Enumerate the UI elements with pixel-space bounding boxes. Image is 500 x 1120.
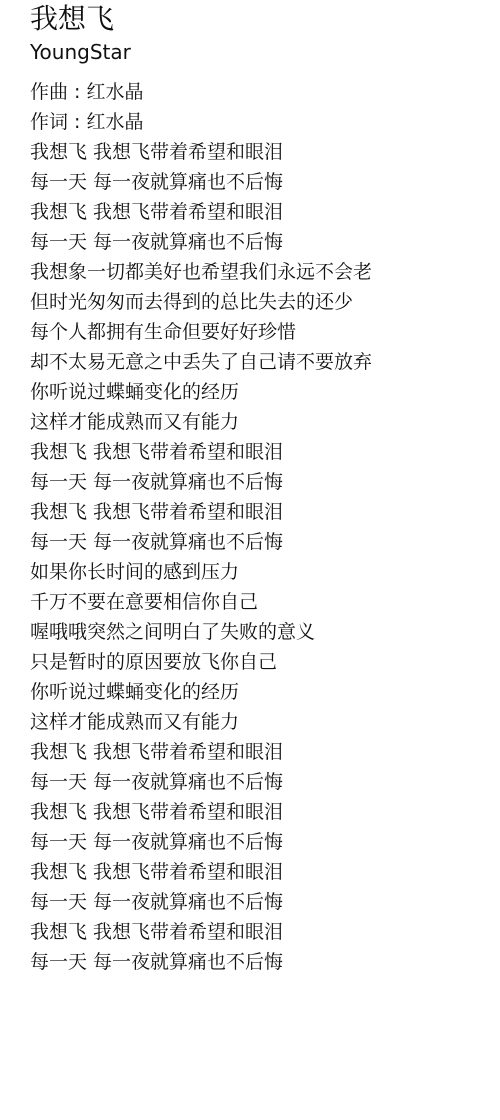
lyric-line: 但时光匆匆而去得到的总比失去的还少: [30, 287, 500, 317]
lyric-line: 每个人都拥有生命但要好好珍惜: [30, 317, 500, 347]
artist-name: YoungStar: [30, 37, 500, 67]
lyric-line: 每一天 每一夜就算痛也不后悔: [30, 947, 500, 977]
lyric-line: 我想飞 我想飞带着希望和眼泪: [30, 197, 500, 227]
lyric-line: 我想飞 我想飞带着希望和眼泪: [30, 857, 500, 887]
lyric-line: 每一天 每一夜就算痛也不后悔: [30, 827, 500, 857]
lyric-line: 这样才能成熟而又有能力: [30, 407, 500, 437]
lyrics-list: 作曲 : 红水晶作词 : 红水晶我想飞 我想飞带着希望和眼泪每一天 每一夜就算痛…: [30, 77, 500, 977]
lyric-line: 你听说过蝶蛹变化的经历: [30, 377, 500, 407]
lyric-line: 只是暂时的原因要放飞你自己: [30, 647, 500, 677]
lyric-line: 我想飞 我想飞带着希望和眼泪: [30, 437, 500, 467]
song-title: 我想飞: [30, 0, 500, 37]
lyric-line: 我想飞 我想飞带着希望和眼泪: [30, 497, 500, 527]
lyric-line: 作词 : 红水晶: [30, 107, 500, 137]
lyric-line: 每一天 每一夜就算痛也不后悔: [30, 167, 500, 197]
lyric-line: 我想飞 我想飞带着希望和眼泪: [30, 137, 500, 167]
lyric-line: 每一天 每一夜就算痛也不后悔: [30, 527, 500, 557]
lyrics-page: 我想飞 YoungStar 作曲 : 红水晶作词 : 红水晶我想飞 我想飞带着希…: [0, 0, 500, 977]
lyric-line: 每一天 每一夜就算痛也不后悔: [30, 227, 500, 257]
lyric-line: 如果你长时间的感到压力: [30, 557, 500, 587]
lyric-line: 我想飞 我想飞带着希望和眼泪: [30, 737, 500, 767]
lyric-line: 我想象一切都美好也希望我们永远不会老: [30, 257, 500, 287]
lyric-line: 每一天 每一夜就算痛也不后悔: [30, 767, 500, 797]
lyric-line: 千万不要在意要相信你自己: [30, 587, 500, 617]
lyric-line: 你听说过蝶蛹变化的经历: [30, 677, 500, 707]
lyric-line: 作曲 : 红水晶: [30, 77, 500, 107]
lyric-line: 却不太易无意之中丢失了自己请不要放弃: [30, 347, 500, 377]
lyric-line: 喔哦哦突然之间明白了失败的意义: [30, 617, 500, 647]
lyric-line: 每一天 每一夜就算痛也不后悔: [30, 887, 500, 917]
lyric-line: 我想飞 我想飞带着希望和眼泪: [30, 797, 500, 827]
lyric-line: 这样才能成熟而又有能力: [30, 707, 500, 737]
lyric-line: 每一天 每一夜就算痛也不后悔: [30, 467, 500, 497]
lyric-line: 我想飞 我想飞带着希望和眼泪: [30, 917, 500, 947]
